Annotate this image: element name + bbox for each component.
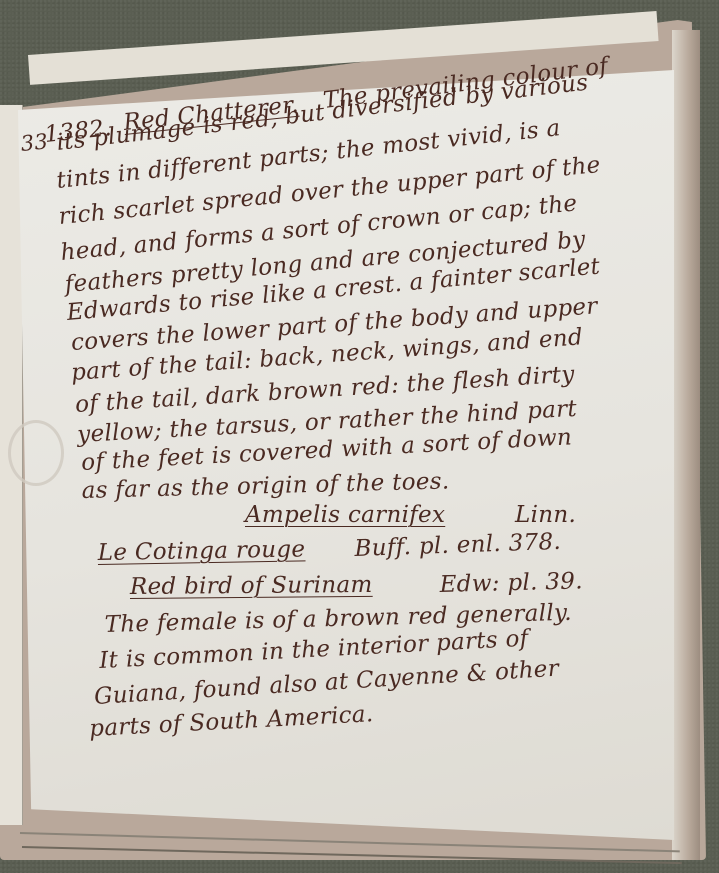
reference-1-name: Le Cotinga rouge <box>98 536 306 566</box>
page-stack-edge <box>672 30 700 860</box>
reference-2-source: Edw: pl. 39. <box>439 568 583 598</box>
reference-2-name: Red bird of Surinam <box>130 572 373 600</box>
scientific-name: Ampelis carnifex <box>245 502 445 528</box>
binding-thread-loop <box>8 420 64 486</box>
scientific-authority: Linn. <box>515 502 576 528</box>
